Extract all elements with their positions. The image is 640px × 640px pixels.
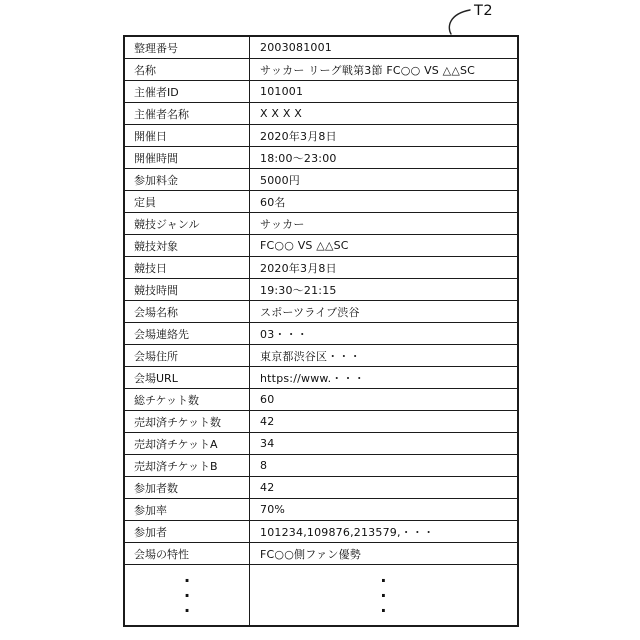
table-row: 売却済チケット数 42 — [125, 411, 517, 433]
row-label: 参加者 — [125, 521, 250, 542]
row-label: 整理番号 — [125, 37, 250, 58]
table-row: 競技時間 19:30～21:15 — [125, 279, 517, 301]
row-label: 会場URL — [125, 367, 250, 388]
row-label: 売却済チケット数 — [125, 411, 250, 432]
row-value: 70% — [250, 499, 517, 520]
ellipsis-value-cell: · · · — [250, 565, 517, 625]
row-value: サッカー — [250, 213, 517, 234]
table-ref-label: T2 — [474, 3, 493, 19]
row-label: 総チケット数 — [125, 389, 250, 410]
row-label: 競技ジャンル — [125, 213, 250, 234]
table-row: 総チケット数 60 — [125, 389, 517, 411]
row-value: 101234,109876,213579,・・・ — [250, 521, 517, 542]
dot: · — [184, 608, 190, 613]
table-row: 参加者数 42 — [125, 477, 517, 499]
row-value: 101001 — [250, 81, 517, 102]
table-row: 競技対象 FC○○ VS △△SC — [125, 235, 517, 257]
row-value: FC○○側ファン優勢 — [250, 543, 517, 564]
row-label: 売却済チケットA — [125, 433, 250, 454]
row-label: 参加料金 — [125, 169, 250, 190]
row-value: サッカー リーグ戦第3節 FC○○ VS △△SC — [250, 59, 517, 80]
row-label: 開催日 — [125, 125, 250, 146]
table-row: 会場住所 東京都渋谷区・・・ — [125, 345, 517, 367]
row-value: 東京都渋谷区・・・ — [250, 345, 517, 366]
row-value: 5000円 — [250, 169, 517, 190]
row-label: 定員 — [125, 191, 250, 212]
row-label: 会場の特性 — [125, 543, 250, 564]
table-row: 競技ジャンル サッカー — [125, 213, 517, 235]
ellipsis-row: · · · · · · — [125, 565, 517, 625]
ellipsis-label-cell: · · · — [125, 565, 250, 625]
dot: · — [380, 593, 386, 598]
table-row: 売却済チケットA 34 — [125, 433, 517, 455]
table-row: 競技日 2020年3月8日 — [125, 257, 517, 279]
row-value: 2020年3月8日 — [250, 125, 517, 146]
table-row: 会場連絡先 03・・・ — [125, 323, 517, 345]
patent-figure-canvas: T2 整理番号 2003081001 名称 サッカー リーグ戦第3節 FC○○ … — [0, 0, 640, 640]
row-value: X X X X — [250, 103, 517, 124]
row-value: 34 — [250, 433, 517, 454]
event-info-table: 整理番号 2003081001 名称 サッカー リーグ戦第3節 FC○○ VS … — [123, 35, 519, 627]
table-row: 開催時間 18:00～23:00 — [125, 147, 517, 169]
row-label: 売却済チケットB — [125, 455, 250, 476]
table-row: 開催日 2020年3月8日 — [125, 125, 517, 147]
row-label: 参加率 — [125, 499, 250, 520]
dot: · — [380, 578, 386, 583]
row-label: 会場連絡先 — [125, 323, 250, 344]
row-label: 参加者数 — [125, 477, 250, 498]
dot: · — [184, 593, 190, 598]
row-value: 2003081001 — [250, 37, 517, 58]
row-value: 60 — [250, 389, 517, 410]
row-label: 主催者ID — [125, 81, 250, 102]
row-value: 19:30～21:15 — [250, 279, 517, 300]
table-row: 名称 サッカー リーグ戦第3節 FC○○ VS △△SC — [125, 59, 517, 81]
row-value: 42 — [250, 411, 517, 432]
table-row: 参加者 101234,109876,213579,・・・ — [125, 521, 517, 543]
table-row: 売却済チケットB 8 — [125, 455, 517, 477]
row-label: 競技日 — [125, 257, 250, 278]
table-row: 会場名称 スポーツライブ渋谷 — [125, 301, 517, 323]
row-value: 42 — [250, 477, 517, 498]
row-label: 競技時間 — [125, 279, 250, 300]
row-label: 開催時間 — [125, 147, 250, 168]
table-row: 参加率 70% — [125, 499, 517, 521]
table-row: 主催者名称 X X X X — [125, 103, 517, 125]
row-value: https://www.・・・ — [250, 367, 517, 388]
row-value: 8 — [250, 455, 517, 476]
row-label: 競技対象 — [125, 235, 250, 256]
row-label: 名称 — [125, 59, 250, 80]
table-row: 定員 60名 — [125, 191, 517, 213]
row-value: 18:00～23:00 — [250, 147, 517, 168]
table-row: 参加料金 5000円 — [125, 169, 517, 191]
dot: · — [380, 608, 386, 613]
row-value: 2020年3月8日 — [250, 257, 517, 278]
row-value: スポーツライブ渋谷 — [250, 301, 517, 322]
row-value: 03・・・ — [250, 323, 517, 344]
table-row: 会場URL https://www.・・・ — [125, 367, 517, 389]
row-label: 主催者名称 — [125, 103, 250, 124]
table-row: 主催者ID 101001 — [125, 81, 517, 103]
row-value: 60名 — [250, 191, 517, 212]
row-label: 会場住所 — [125, 345, 250, 366]
row-label: 会場名称 — [125, 301, 250, 322]
row-value: FC○○ VS △△SC — [250, 235, 517, 256]
table-row: 会場の特性 FC○○側ファン優勢 — [125, 543, 517, 565]
table-row: 整理番号 2003081001 — [125, 37, 517, 59]
dot: · — [184, 578, 190, 583]
